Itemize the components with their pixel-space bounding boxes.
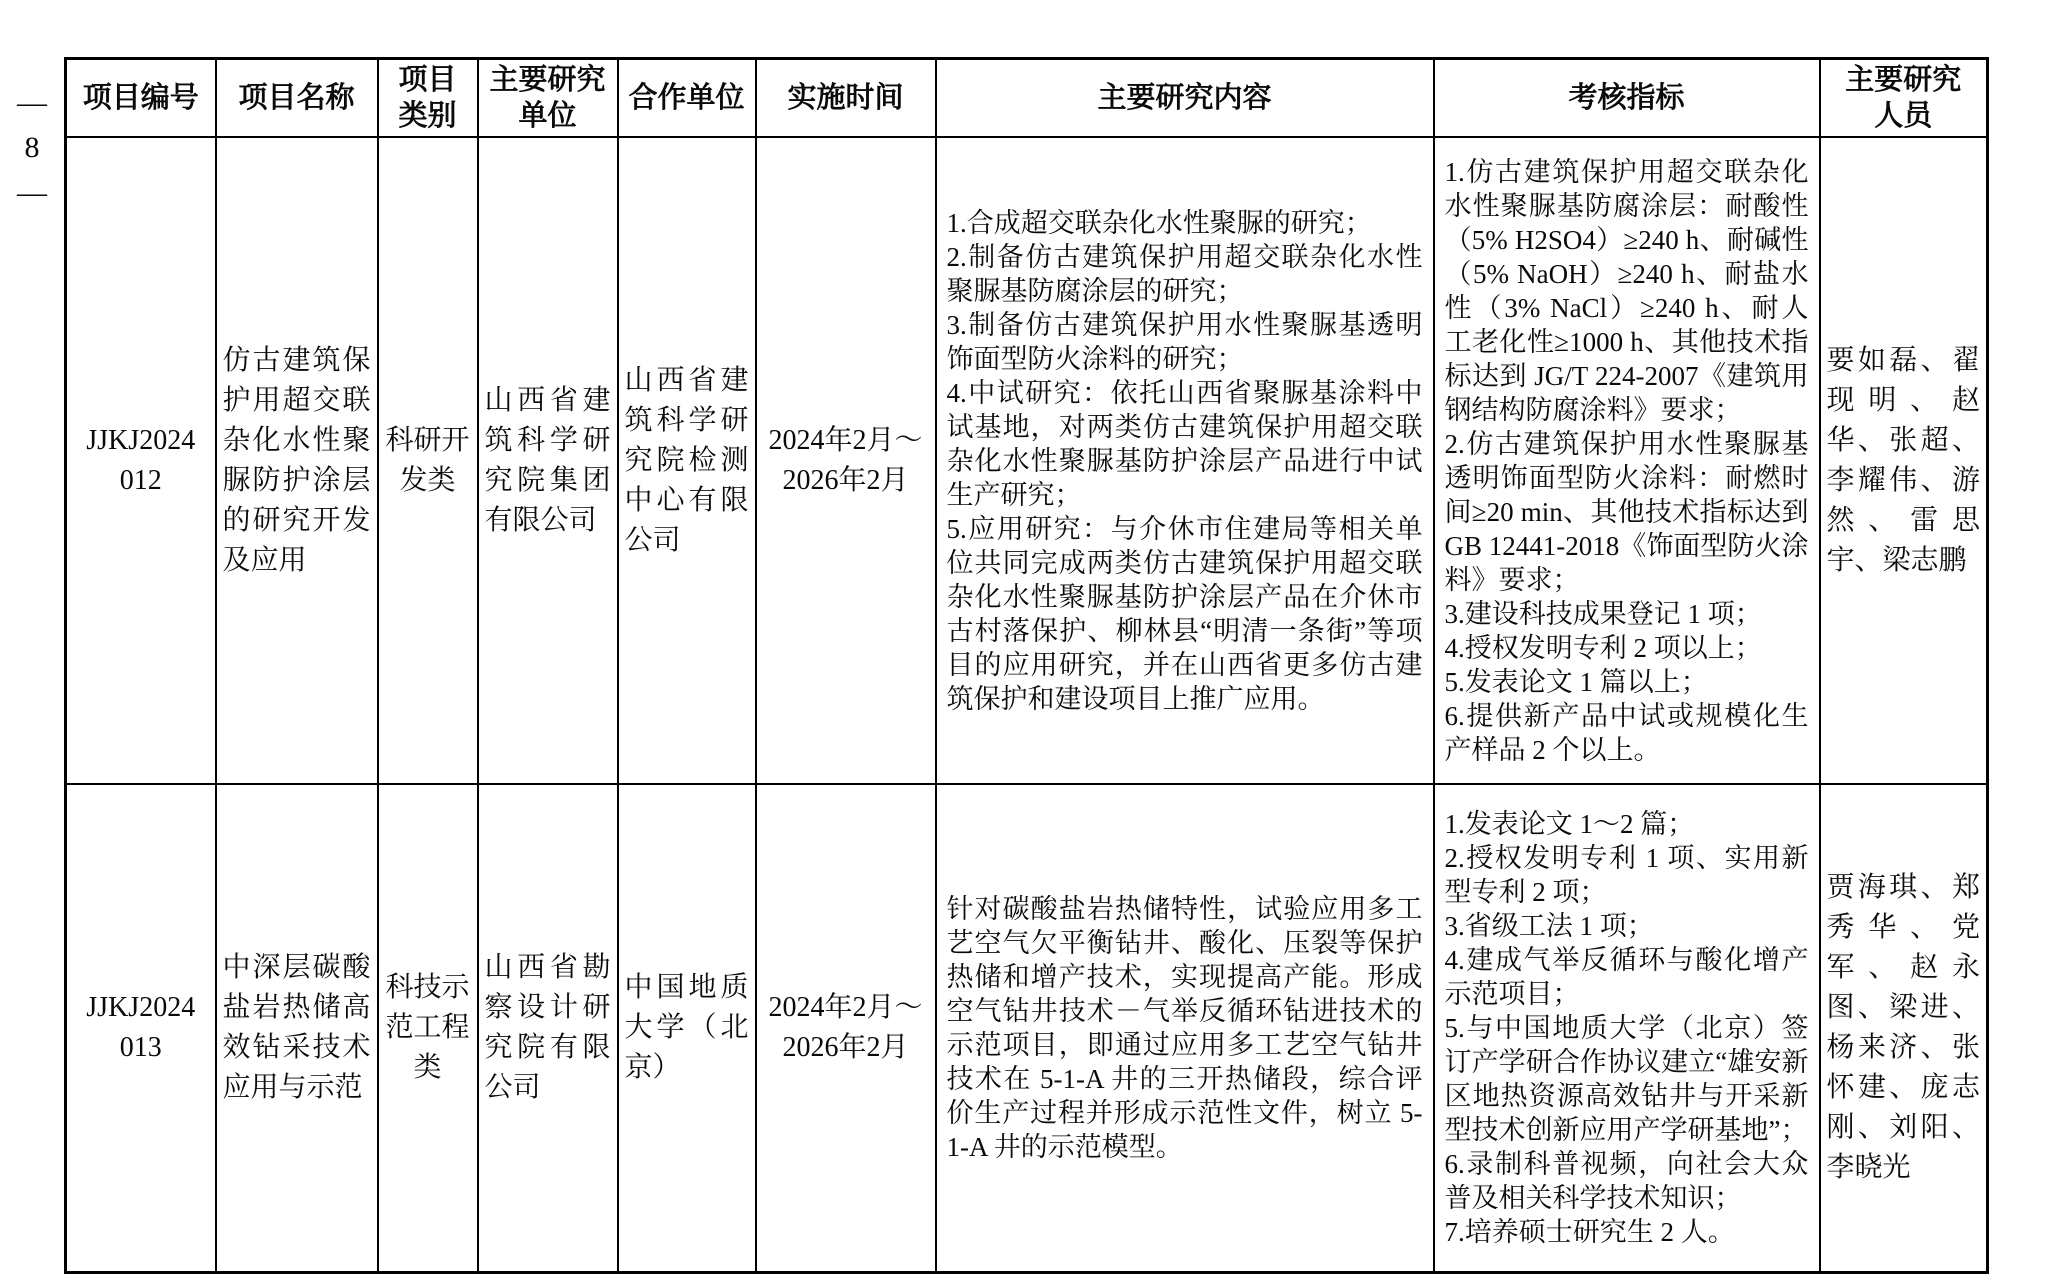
cell-partner-unit: 山西省建筑科学研究院检测中心有限公司 <box>618 137 756 784</box>
cell-research-content: 针对碳酸盐岩热储特性，试验应用多工艺空气欠平衡钻井、酸化、压裂等保护热储和增产技… <box>936 784 1434 1272</box>
cell-project-name: 仿古建筑保护用超交联杂化水性聚脲防护涂层的研究开发及应用 <box>216 137 378 784</box>
col-header-research-content: 主要研究内容 <box>936 59 1434 138</box>
cell-researchers: 要如磊、翟现明、赵华、张超、李耀伟、游然、雷思宇、梁志鹏 <box>1820 137 1988 784</box>
cell-period: 2024年2月～2026年2月 <box>756 137 936 784</box>
page-number: — 8 — <box>10 80 54 215</box>
projects-table: 项目编号 项目名称 项目 类别 主要研究 单位 合作单位 实施时间 主要研究内容… <box>64 57 1989 1274</box>
col-header-project-name: 项目名称 <box>216 59 378 138</box>
cell-indicators: 1.发表论文 1～2 篇； 2.授权发明专利 1 项、实用新型专利 2 项； 3… <box>1434 784 1820 1272</box>
table-row: JJKJ2024012 仿古建筑保护用超交联杂化水性聚脲防护涂层的研究开发及应用… <box>66 137 1988 784</box>
cell-lead-unit: 山西省勘察设计研究院有限公司 <box>478 784 618 1272</box>
col-header-researchers: 主要研究 人员 <box>1820 59 1988 138</box>
cell-research-content: 1.合成超交联杂化水性聚脲的研究； 2.制备仿古建筑保护用超交联杂化水性聚脲基防… <box>936 137 1434 784</box>
cell-indicators: 1.仿古建筑保护用超交联杂化水性聚脲基防腐涂层：耐酸性（5% H2SO4）≥24… <box>1434 137 1820 784</box>
col-header-indicators: 考核指标 <box>1434 59 1820 138</box>
col-header-project-code: 项目编号 <box>66 59 216 138</box>
cell-partner-unit: 中国地质大学（北京） <box>618 784 756 1272</box>
table-row: JJKJ2024013 中深层碳酸盐岩热储高效钻采技术应用与示范 科技示范工程类… <box>66 784 1988 1272</box>
cell-project-code: JJKJ2024013 <box>66 784 216 1272</box>
col-header-period: 实施时间 <box>756 59 936 138</box>
cell-researchers: 贾海琪、郑秀华、党军、赵永图、梁进、杨来济、张怀建、庞志刚、刘阳、李晓光 <box>1820 784 1988 1272</box>
cell-project-name: 中深层碳酸盐岩热储高效钻采技术应用与示范 <box>216 784 378 1272</box>
cell-lead-unit: 山西省建筑科学研究院集团有限公司 <box>478 137 618 784</box>
col-header-partner-unit: 合作单位 <box>618 59 756 138</box>
cell-category: 科研开发类 <box>378 137 478 784</box>
cell-project-code: JJKJ2024012 <box>66 137 216 784</box>
cell-category: 科技示范工程类 <box>378 784 478 1272</box>
col-header-category: 项目 类别 <box>378 59 478 138</box>
col-header-lead-unit: 主要研究 单位 <box>478 59 618 138</box>
header-row: 项目编号 项目名称 项目 类别 主要研究 单位 合作单位 实施时间 主要研究内容… <box>66 59 1988 138</box>
document-page: — 8 — 项目编号 项目名称 项目 类别 主要研究 单位 合作单位 实施时间 … <box>0 0 2048 1281</box>
cell-period: 2024年2月～2026年2月 <box>756 784 936 1272</box>
